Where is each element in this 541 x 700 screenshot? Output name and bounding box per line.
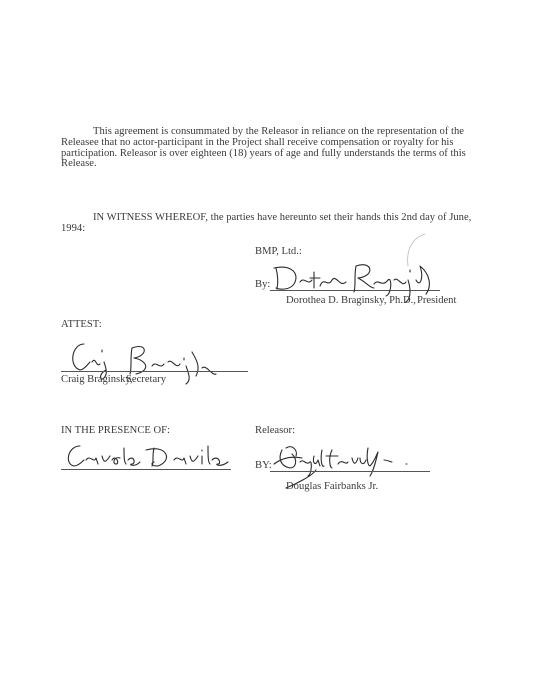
witness-year: 1994: (61, 223, 85, 234)
attest-label: ATTEST: (61, 319, 102, 330)
secretary-title: Secretary (126, 374, 166, 385)
company-label: BMP, Ltd.: (255, 246, 302, 257)
releasor-signature-line (270, 471, 430, 472)
paragraph-line: participation. Releasor is over eighteen… (61, 149, 465, 160)
witness-clause: IN WITNESS WHEREOF, the parties have her… (93, 212, 471, 223)
releasor-label: Releasor: (255, 425, 295, 436)
secretary-name: Craig Braginsky, (61, 374, 133, 385)
president-signature (270, 258, 450, 298)
president-name: Dorothea D. Braginsky, Ph.D., (286, 295, 416, 306)
witness-signature (62, 442, 242, 472)
by-label: By: (255, 279, 270, 290)
releasor-by-label: BY: (255, 460, 272, 471)
witness-signature-line (61, 469, 231, 470)
paragraph-line: Release. (61, 159, 465, 170)
releasor-name: Douglas Fairbanks Jr. (286, 481, 378, 492)
presence-label: IN THE PRESENCE OF: (61, 425, 170, 436)
paragraph-line: Releasee that no actor-participant in th… (61, 138, 465, 149)
agreement-paragraph: This agreement is consummated by the Rel… (61, 127, 465, 170)
secretary-signature-line (61, 371, 248, 372)
president-title: President (417, 295, 456, 306)
